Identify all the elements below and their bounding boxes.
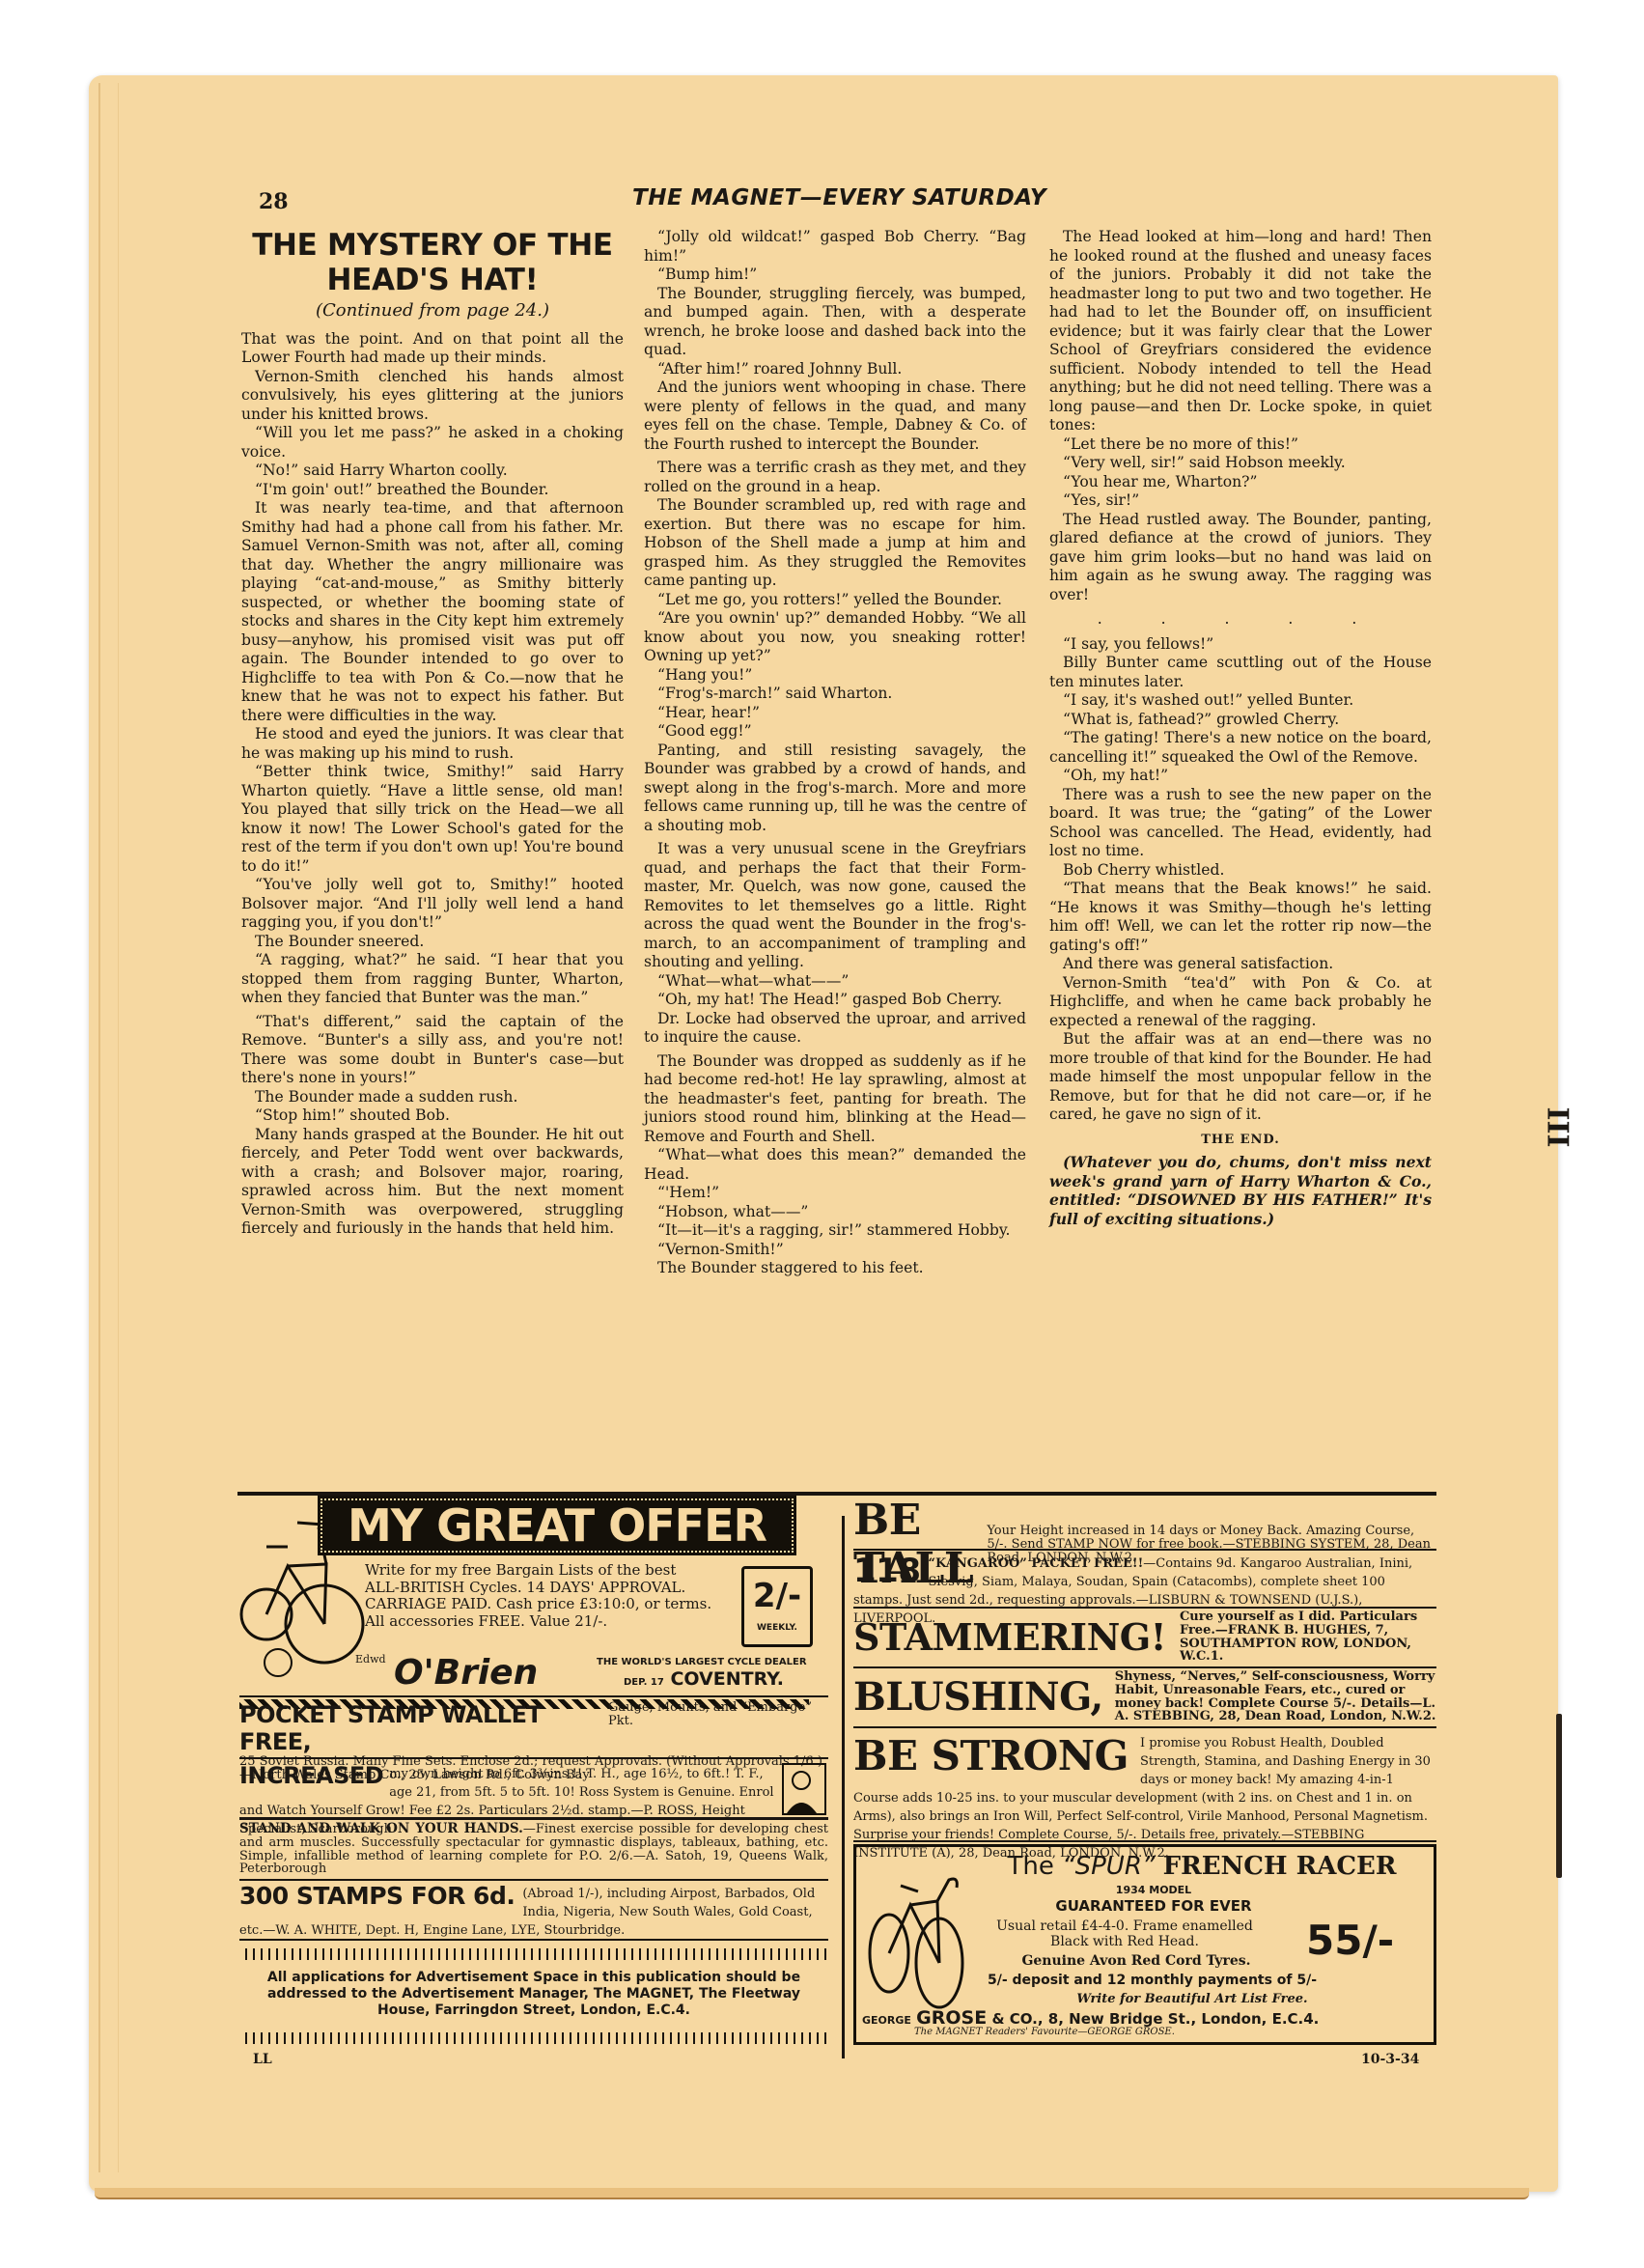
printer-code: LL (253, 2052, 272, 2067)
be-strong-headline: BE STRONG (853, 1732, 1129, 1780)
the-end-label: THE END. (1049, 1131, 1432, 1150)
story-paragraph: “Stop him!” shouted Bob. (241, 1106, 624, 1126)
story-column-2: “Jolly old wildcat!” gasped Bob Cherry. … (644, 228, 1026, 1278)
racing-bicycle-icon (862, 1866, 978, 2011)
weekly-price-box: 2/- WEEKLY. (741, 1566, 813, 1647)
story-paragraph: The Bounder sneered. (241, 933, 624, 952)
story-title-line-1: THE MYSTERY OF THE (241, 228, 624, 263)
story-paragraph: “Oh, my hat! The Head!” gasped Bob Cherr… (644, 991, 1026, 1010)
story-paragraph: Panting, and still resisting savagely, t… (644, 742, 1026, 836)
rule (853, 1726, 1436, 1728)
running-title: THE MAGNET—EVERY SATURDAY (632, 185, 1046, 210)
story-paragraph: “Vernon-Smith!” (644, 1241, 1026, 1260)
spur-address-first: GEORGE (862, 2014, 911, 2027)
story-paragraph: “'Hem!” (644, 1184, 1026, 1203)
spur-retail: Usual retail £4-4-0. Frame enamelled Bla… (980, 1918, 1269, 1949)
story-paragraph: “Hobson, what——” (644, 1203, 1026, 1222)
story-paragraph: It was a very unusual scene in the Greyf… (644, 840, 1026, 972)
increased-headline: INCREASED (239, 1763, 383, 1788)
spur-terms: 5/- deposit and 12 monthly payments of 5… (988, 1973, 1432, 1988)
ad-stand-walk: STAND AND WALK ON YOUR HANDS.—Finest exe… (239, 1823, 828, 1876)
staple-clip (1556, 1714, 1562, 1878)
dept-label: DEP. 17 (624, 1677, 664, 1688)
story-paragraph: That was the point. And on that point al… (241, 330, 624, 368)
spur-title-name: “SPUR” (1062, 1852, 1155, 1881)
story-paragraph: “I say, it's washed out!” yelled Bunter. (1049, 691, 1432, 711)
ads-top-rule (237, 1492, 1436, 1496)
rule (239, 1757, 828, 1759)
story-paragraph: “You've jolly well got to, Smithy!” hoot… (241, 876, 624, 933)
portrait-icon (782, 1763, 826, 1815)
spur-guarantee: GUARANTEED FOR EVER (980, 1897, 1327, 1915)
spur-footer: The MAGNET Readers' Favourite—GEORGE GRO… (914, 2027, 1175, 2037)
rule (853, 1666, 1436, 1668)
story-paragraph: But the affair was at an end—there was n… (1049, 1030, 1432, 1125)
edwd-label: Edwd (355, 1653, 386, 1666)
kangaroo-number: 118 (853, 1553, 920, 1589)
spur-tyres: Genuine Avon Red Cord Tyres. (991, 1953, 1281, 1969)
spur-write-note: Write for Beautiful Art List Free. (980, 1992, 1405, 2006)
next-week-teaser: (Whatever you do, chums, don't miss next… (1049, 1153, 1432, 1228)
story-paragraph: “After him!” roared Johnny Bull. (644, 360, 1026, 379)
story-paragraph: “Jolly old wildcat!” gasped Bob Cherry. … (644, 228, 1026, 266)
face-icon (265, 1649, 292, 1676)
spur-address: GEORGE GROSE & CO., 8, New Bridge St., L… (862, 2007, 1432, 2029)
story-paragraph: “Oh, my hat!” (1049, 767, 1432, 786)
ad-300-stamps: 300 STAMPS FOR 6d. (Abroad 1/-), includi… (239, 1883, 828, 1938)
stammering-body: Cure yourself as I did. Particulars Free… (1180, 1610, 1436, 1664)
wavy-rule (239, 2032, 828, 2044)
spur-price: 55/- (1306, 1917, 1394, 1964)
rule (239, 1817, 828, 1820)
story-paragraph: “You hear me, Wharton?” (1049, 473, 1432, 492)
story-paragraph: The Bounder, struggling fiercely, was bu… (644, 285, 1026, 360)
story-paragraph: The Head rustled away. The Bounder, pant… (1049, 511, 1432, 605)
story-paragraph: He stood and eyed the juniors. It was cl… (241, 725, 624, 763)
story-paragraph: The Bounder was dropped as suddenly as i… (644, 1052, 1026, 1147)
spur-title-rest: FRENCH RACER (1163, 1852, 1397, 1881)
spur-title: The “SPUR” FRENCH RACER (980, 1851, 1424, 1882)
rule (853, 1607, 1436, 1609)
kangaroo-headline: “KANGAROO” PACKET FREE!! (928, 1556, 1143, 1571)
city-label: COVENTRY. (670, 1668, 784, 1690)
great-offer-body: Write for my free Bargain Lists of the b… (365, 1562, 712, 1630)
story-title: THE MYSTERY OF THE HEAD'S HAT! (241, 228, 624, 297)
stamps-headline: 300 STAMPS FOR 6d. (239, 1883, 515, 1910)
story-paragraph: And there was general satisfaction. (1049, 955, 1432, 974)
story-paragraph: “It—it—it's a ragging, sir!” stammered H… (644, 1221, 1026, 1241)
story-paragraph: “That means that the Beak knows!” he sai… (1049, 880, 1432, 955)
ad-blushing: BLUSHING, Shyness, “Nerves,” Self-consci… (853, 1670, 1436, 1723)
stamp-wallet-headline: POCKET STAMP WALLET FREE, (239, 1701, 600, 1755)
story-column-3: The Head looked at him—long and hard! Th… (1049, 228, 1432, 1228)
story-paragraph: Vernon-Smith clenched his hands almost c… (241, 368, 624, 425)
spur-title-prefix: The (1008, 1852, 1054, 1881)
weekly-label: WEEKLY. (744, 1623, 810, 1633)
story-paragraph: There was a rush to see the new paper on… (1049, 786, 1432, 861)
story-paragraph: “What—what does this mean?” demanded the… (644, 1146, 1026, 1184)
page-number: 28 (259, 189, 289, 214)
column-1-paragraphs: That was the point. And on that point al… (241, 330, 624, 1239)
story-paragraph: “The gating! There's a new notice on the… (1049, 729, 1432, 767)
blushing-headline: BLUSHING, (853, 1673, 1103, 1722)
story-paragraph: Billy Bunter came scuttling out of the H… (1049, 654, 1432, 691)
story-paragraph: “What is, fathead?” growled Cherry. (1049, 711, 1432, 730)
story-paragraph: The Bounder staggered to his feet. (644, 1259, 1026, 1278)
stammering-headline: STAMMERING! (853, 1613, 1166, 1662)
story-paragraph: Dr. Locke had observed the uproar, and a… (644, 1010, 1026, 1048)
story-paragraph: The Bounder made a sudden rush. (241, 1088, 624, 1107)
story-column-1: THE MYSTERY OF THE HEAD'S HAT! (Continue… (241, 228, 624, 1239)
story-paragraph: Bob Cherry whistled. (1049, 861, 1432, 881)
spur-model: 1934 MODEL (980, 1884, 1327, 1896)
column-3-paragraphs-after: “I say, you fellows!”Billy Bunter came s… (1049, 635, 1432, 1125)
ad-stammering: STAMMERING! Cure yourself as I did. Part… (853, 1610, 1436, 1664)
continued-note: (Continued from page 24.) (241, 301, 624, 321)
stamp-wallet-side: Gauge, Mounts, and “Embargo” Pkt. (608, 1701, 828, 1728)
story-paragraph: “I say, you fellows!” (1049, 635, 1432, 655)
spur-address-name: GROSE (916, 2007, 987, 2029)
column-2-paragraphs: “Jolly old wildcat!” gasped Bob Cherry. … (644, 228, 1026, 1278)
issue-date: 10-3-34 (1361, 2052, 1419, 2067)
story-paragraph: “No!” said Harry Wharton coolly. (241, 462, 624, 481)
margin-mark: III (1541, 1106, 1574, 1147)
story-paragraph: “Hear, hear!” (644, 704, 1026, 723)
rule (239, 1879, 828, 1881)
blushing-body: Shyness, “Nerves,” Self-consciousness, W… (1115, 1670, 1436, 1723)
rule (239, 1939, 828, 1941)
story-paragraph: It was nearly tea-time, and that afterno… (241, 499, 624, 725)
story-paragraph: Vernon-Smith “tea'd” with Pon & Co. at H… (1049, 974, 1432, 1031)
obrien-brand: O'Brien (394, 1653, 538, 1693)
column-3-paragraphs: The Head looked at him—long and hard! Th… (1049, 228, 1432, 604)
story-paragraph: “Hang you!” (644, 666, 1026, 686)
story-paragraph: “Let me go, you rotters!” yelled the Bou… (644, 591, 1026, 610)
rule (853, 1840, 1436, 1842)
story-paragraph: “Yes, sir!” (1049, 491, 1432, 511)
story-paragraph: “That's different,” said the captain of … (241, 1013, 624, 1088)
story-paragraph: “What—what—what——” (644, 972, 1026, 992)
dealer-tagline: THE WORLD'S LARGEST CYCLE DEALER (597, 1657, 819, 1667)
great-offer-banner: MY GREAT OFFER (320, 1498, 794, 1553)
stand-walk-headline: STAND AND WALK ON YOUR HANDS. (239, 1821, 523, 1836)
story-paragraph: “Very well, sir!” said Hobson meekly. (1049, 454, 1432, 473)
story-paragraph: “I'm goin' out!” breathed the Bounder. (241, 481, 624, 500)
story-paragraph: And the juniors went whooping in chase. … (644, 378, 1026, 454)
section-separator: . . . . . (1049, 610, 1432, 630)
spur-address-rest: & CO., 8, New Bridge St., London, E.C.4. (991, 2010, 1319, 2028)
rule (239, 1695, 828, 1697)
story-title-line-2: HEAD'S HAT! (241, 263, 624, 297)
weekly-price: 2/- (744, 1569, 810, 1623)
ads-column-divider (842, 1516, 845, 2058)
story-paragraph: “Are you ownin' up?” demanded Hobby. “We… (644, 609, 1026, 666)
story-paragraph: “Let there be no more of this!” (1049, 435, 1432, 455)
story-paragraph: “A ragging, what?” he said. “I hear that… (241, 951, 624, 1008)
story-paragraph: Many hands grasped at the Bounder. He hi… (241, 1126, 624, 1239)
story-paragraph: “Better think twice, Smithy!” said Harry… (241, 763, 624, 876)
coventry-line: DEP. 17 COVENTRY. (624, 1668, 784, 1690)
story-paragraph: “Frog's-march!” said Wharton. (644, 685, 1026, 704)
story-paragraph: The Bounder scrambled up, red with rage … (644, 496, 1026, 591)
wavy-rule (239, 1948, 828, 1960)
story-paragraph: The Head looked at him—long and hard! Th… (1049, 228, 1432, 435)
story-paragraph: “Bump him!” (644, 266, 1026, 285)
ad-spur-french-racer: The “SPUR” FRENCH RACER 1934 MODEL GUARA… (853, 1844, 1436, 2045)
story-paragraph: “Good egg!” (644, 722, 1026, 742)
rule (853, 1549, 1436, 1551)
ad-great-offer: MY GREAT OFFER Write for my free Bargain… (239, 1498, 809, 1682)
story-paragraph: “Will you let me pass?” he asked in a ch… (241, 424, 624, 462)
story-paragraph: There was a terrific crash as they met, … (644, 459, 1026, 496)
ad-applications-notice: All applications for Advertisement Space… (239, 1970, 828, 2019)
